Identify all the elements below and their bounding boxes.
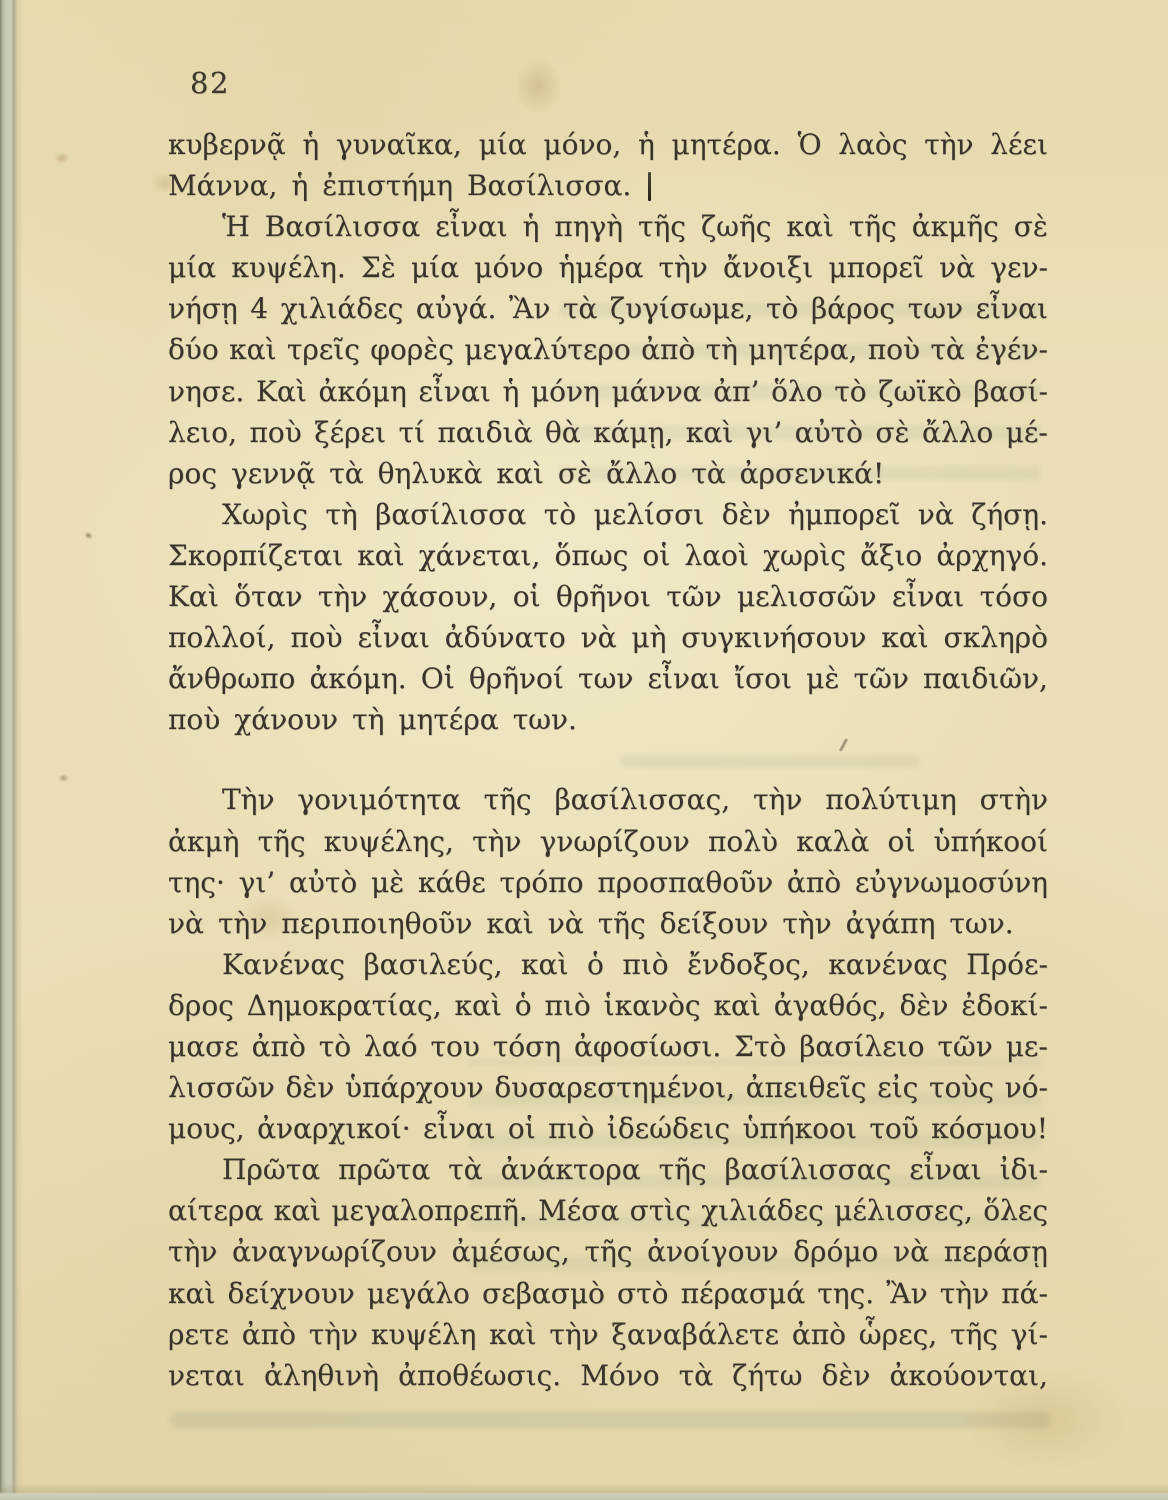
word: ζυγίσωμε, <box>610 288 753 329</box>
word: μὲ <box>806 658 839 699</box>
paragraph: Πρῶταπρῶτατὰἀνάκτορατῆςβασίλισσαςεἶναιἰδ… <box>168 1149 1048 1396</box>
text-block: κυβερνᾷἡγυναῖκα,μίαμόνο,ἡμητέρα.Ὁλαὸςτὴν… <box>168 124 1048 1396</box>
word: ἀδύνατο <box>445 617 566 658</box>
word: τὴν <box>753 779 802 820</box>
word: γνωρίζουν <box>540 821 690 862</box>
word: εἶναι <box>892 576 964 617</box>
text-line: λισσῶνδὲνὑπάρχουνδυσαρεστημένοι,ἀπειθεῖς… <box>168 1067 1048 1108</box>
word: τρόπο <box>499 862 583 903</box>
word: τῶν <box>666 576 721 617</box>
word: βασίλειο <box>799 1026 924 1067</box>
word: στὶς <box>630 1190 691 1231</box>
word: τῆς <box>584 1231 632 1272</box>
word: των. <box>949 903 1013 944</box>
text-line: μίακυψέλη.Σὲμίαμόνοἡμέρατὴνἄνοιξιμπορεῖν… <box>168 247 1048 288</box>
word: τῆς <box>258 821 306 862</box>
word: ἡ <box>502 371 519 412</box>
word: Σκορπίζεται <box>168 535 343 576</box>
word: ἀκόμη <box>318 371 406 412</box>
word: ζωῆς <box>701 206 771 247</box>
word: καλὰ <box>796 821 869 862</box>
word: μόνο, <box>543 124 621 165</box>
word: ποὺ <box>249 412 301 453</box>
word: μόνη <box>531 371 600 412</box>
word: τῆς <box>638 206 686 247</box>
text-line: της·γι’αὐτὸμὲκάθετρόποπροσπαθοῦνἀπὸεὐγνω… <box>168 862 1048 903</box>
word: χάνουν <box>234 699 338 740</box>
word: τὴ <box>325 494 357 535</box>
word: γι’ <box>239 862 276 903</box>
word: εἶναι <box>423 1108 495 1149</box>
word: κάθε <box>418 862 486 903</box>
word: καὶ <box>881 617 928 658</box>
text-line: Πρῶταπρῶτατὰἀνάκτορατῆςβασίλισσαςεἶναιἰδ… <box>168 1149 1048 1190</box>
word: τὰ <box>679 1355 713 1396</box>
word: βάρος <box>811 288 895 329</box>
paragraph: Τὴνγονιμότητατῆςβασίλισσας,τὴνπολύτιμηστ… <box>168 779 1048 943</box>
text-line: Καὶὅταντὴνχάσουν,οἱθρῆνοιτῶνμελισσῶνεἶνα… <box>168 576 1048 617</box>
word: Χωρὶς <box>222 494 308 535</box>
word: ρος <box>168 453 217 494</box>
word: κόσμου! <box>931 1108 1048 1149</box>
word: παιδιῶν, <box>923 658 1048 699</box>
word: ζήσῃ. <box>971 494 1048 535</box>
word: ἀπειθεῖς <box>746 1067 867 1108</box>
word: πιὸ <box>622 944 668 985</box>
word: ἴσοι <box>734 658 792 699</box>
word: πολύτιμη <box>825 779 956 820</box>
word: νὰ <box>548 903 584 944</box>
word: καὶ <box>229 329 276 370</box>
word: τὰ <box>563 288 597 329</box>
word: δὲν <box>899 985 948 1026</box>
word: εἶναι <box>909 1149 981 1190</box>
word: αὐτὸ <box>289 862 357 903</box>
word: θὰ <box>545 412 581 453</box>
text-line: Κανέναςβασιλεύς,καὶὁπιὸἔνδοξος,κανέναςΠρ… <box>168 944 1048 985</box>
word: τῆς <box>598 903 646 944</box>
word: μία <box>411 247 459 288</box>
word: οἱ <box>513 576 541 617</box>
word: μητέρα. <box>672 124 781 165</box>
word: χιλιάδες <box>701 1190 824 1231</box>
word: πά- <box>1001 1273 1048 1314</box>
word: νὰ <box>918 494 954 535</box>
word: κυβερνᾷ <box>168 124 286 165</box>
word: σκληρὸ <box>944 617 1048 658</box>
word: μία <box>168 247 216 288</box>
word: καὶ <box>168 1273 215 1314</box>
word: στὴν <box>980 779 1048 820</box>
word: περάσῃ <box>944 1231 1048 1272</box>
word: Σὲ <box>361 247 396 288</box>
word: δρόμο <box>793 1231 878 1272</box>
paper-stain <box>54 152 70 164</box>
word: λισσῶν <box>168 1067 275 1108</box>
word: ἡ <box>291 165 308 206</box>
word: δὲν <box>285 1067 334 1108</box>
word: δείχνουν <box>228 1273 355 1314</box>
word: τὴν <box>924 124 973 165</box>
word: τὸ <box>319 1026 351 1067</box>
word: καὶ <box>521 944 568 985</box>
word: καὶ <box>274 1190 321 1231</box>
text-line: ἩΒασίλισσαεἶναιἡπηγὴτῆςζωῆςκαὶτῆςἀκμῆςσὲ <box>168 206 1048 247</box>
word: θρῆνοί <box>469 658 564 699</box>
word: ἄνθρωπο <box>168 658 295 699</box>
page-left-edge <box>0 0 22 1500</box>
word: μεγάλο <box>367 1273 470 1314</box>
word: μέ- <box>1006 412 1048 453</box>
word: ἰδεώδεις <box>607 1108 730 1149</box>
word: πολλοί, <box>168 617 276 658</box>
word: ξέρει <box>314 412 386 453</box>
word: τοῦ <box>869 1108 918 1149</box>
word: μόνο <box>474 247 543 288</box>
word: τοὺς <box>929 1067 994 1108</box>
word: βασίλισσας <box>725 1149 892 1190</box>
word: βασιλεύς, <box>363 944 502 985</box>
word: του <box>430 1026 479 1067</box>
word: καὶ <box>786 206 833 247</box>
word: καὶ <box>489 1314 536 1355</box>
word: Ἂν <box>509 288 550 329</box>
word: πέρασμά <box>681 1273 806 1314</box>
word: μητέρα <box>398 699 498 740</box>
word: βασίλισσας, <box>554 779 730 820</box>
text-line: νὰτὴνπεριποιηθοῦνκαὶνὰτῆςδείξουντὴνἀγάπη… <box>168 903 1048 944</box>
word: συγκινήσουν <box>681 617 866 658</box>
word: ἀπ’ <box>713 371 759 412</box>
word: γι’ <box>746 412 783 453</box>
word: ποὺ <box>868 329 920 370</box>
word: αίτερα <box>168 1190 263 1231</box>
word: σὲ <box>558 453 592 494</box>
word: ἀνοίγουν <box>647 1231 778 1272</box>
word: δείξουν <box>660 903 769 944</box>
text-line: νεταιἀληθινὴἀποθέωσις.Μόνοτὰζήτωδὲνἀκούο… <box>168 1355 1048 1396</box>
word: σὲ <box>875 412 909 453</box>
word: Δημοκρατίας, <box>247 985 442 1026</box>
word: τῆς <box>484 779 532 820</box>
word: ἀκμῆς <box>912 206 999 247</box>
word: τὴν <box>659 247 708 288</box>
word: ὅταν <box>234 576 302 617</box>
word: ἀπὸ <box>242 1314 296 1355</box>
word: λαὸς <box>838 124 907 165</box>
word: εἶναι <box>648 658 720 699</box>
word: Ὁ <box>797 124 821 165</box>
word: μους, <box>168 1108 245 1149</box>
text-line: ροςγεννᾷτὰθηλυκὰκαὶσὲἄλλοτὰἀρσενικά! <box>168 453 1048 494</box>
word: γυναῖκα, <box>336 124 462 165</box>
word: ἡμέρα <box>558 247 643 288</box>
word: τὴν <box>782 903 831 944</box>
word: κυψέλη. <box>231 247 345 288</box>
word: ἡ <box>302 124 319 165</box>
word: λαοὶ <box>684 535 749 576</box>
word: των. <box>513 699 577 740</box>
word: εἶναι <box>976 288 1048 329</box>
word: Μέσα <box>538 1190 619 1231</box>
text-line: νησε.Καὶἀκόμηεἶναιἡμόνημάνναἀπ’ὅλοτὸζωϊκ… <box>168 371 1048 412</box>
word: τὴν <box>318 576 367 617</box>
word: ἀγαθός, <box>774 985 887 1026</box>
word: λέει <box>990 124 1048 165</box>
text-line: καὶδείχνουνμεγάλοσεβασμὸστὸπέρασμάτης.Ἂν… <box>168 1273 1048 1314</box>
word: ἄλλο <box>922 412 993 453</box>
word: δὲν <box>722 494 771 535</box>
text-line: δύοκαὶτρεῖςφορὲςμεγαλύτεροἀπὸτὴμητέρα,πο… <box>168 329 1048 370</box>
word: εἰς <box>877 1067 918 1108</box>
word: ἀφοσίωσι. <box>574 1026 721 1067</box>
text-line: λειο,ποὺξέρειτίπαιδιὰθὰκάμῃ,καὶγι’αὐτὸσὲ… <box>168 412 1048 453</box>
word: νὰ <box>581 617 617 658</box>
paper-stain <box>515 58 561 114</box>
word: δυσαρεστημένοι, <box>494 1067 735 1108</box>
paragraph: Χωρὶςτὴβασίλισσατὸμελίσσιδὲνἠμπορεῖνὰζήσ… <box>168 494 1048 741</box>
word: περιποιηθοῦν <box>281 903 472 944</box>
word: μὲ <box>371 862 404 903</box>
word: ξαναβάλετε <box>611 1314 779 1355</box>
word: ἡ <box>638 124 655 165</box>
word: ποὺ <box>168 699 220 740</box>
word: ἀναρχικοί· <box>257 1108 410 1149</box>
text-line: ἀκμὴτῆςκυψέλης,τὴνγνωρίζουνπολὺκαλὰοἱὑπή… <box>168 821 1048 862</box>
word: ἐδοκί- <box>961 985 1048 1026</box>
pen-mark <box>648 172 651 201</box>
word: πηγὴ <box>554 206 623 247</box>
word: τόση <box>493 1026 561 1067</box>
text-line: πολλοί,ποὺεἶναιἀδύνατονὰμὴσυγκινήσουνκαὶ… <box>168 617 1048 658</box>
word: ὑπήκοοι <box>742 1108 856 1149</box>
word: βασίλισσα <box>375 494 526 535</box>
word: οἱ <box>508 1108 536 1149</box>
text-line: ἄνθρωποἀκόμη.Οἱθρῆνοίτωνεἶναιἴσοιμὲτῶνπα… <box>168 658 1048 699</box>
word: τὰ <box>329 453 363 494</box>
text-line: αίτερακαὶμεγαλοπρεπῆ.Μέσαστὶςχιλιάδεςμέλ… <box>168 1190 1048 1231</box>
word: χάσουν, <box>383 576 498 617</box>
word: κανένας <box>828 944 948 985</box>
word: Βασίλισσα. <box>467 165 631 206</box>
word: ἐγέν- <box>975 329 1048 370</box>
word: μελισσῶν <box>737 576 877 617</box>
word: καὶ <box>486 903 533 944</box>
word: εὐγνωμοσύνη <box>855 862 1048 903</box>
word: ὁ <box>587 944 604 985</box>
text-line: ποὺχάνουντὴμητέρατων. <box>168 699 1048 740</box>
word: νησε. <box>168 371 244 412</box>
word: νό- <box>1005 1067 1048 1108</box>
text-line: μους,ἀναρχικοί·εἶναιοἱπιὸἰδεώδειςὑπήκοοι… <box>168 1108 1048 1149</box>
page-bottom-edge <box>0 1483 1168 1500</box>
word: βασί- <box>973 371 1048 412</box>
word: καὶ <box>496 453 543 494</box>
word: μασε <box>168 1026 239 1067</box>
text-line: δροςΔημοκρατίας,καὶὁπιὸἱκανὸςκαὶἀγαθός,δ… <box>168 985 1048 1026</box>
word: των <box>578 658 633 699</box>
word: καὶ <box>357 535 404 576</box>
word: εἶναι <box>357 617 429 658</box>
word: Κανένας <box>222 944 345 985</box>
paragraph: κυβερνᾷἡγυναῖκα,μίαμόνο,ἡμητέρα.Ὁλαὸςτὴν… <box>168 124 1048 206</box>
word: ἰδι- <box>1000 1149 1048 1190</box>
word: αὐτὸ <box>795 412 863 453</box>
text-line: Χωρὶςτὴβασίλισσατὸμελίσσιδὲνἠμπορεῖνὰζήσ… <box>168 494 1048 535</box>
word: γί- <box>1011 1314 1048 1355</box>
word: ἀγάπη <box>846 903 936 944</box>
word: τῆς <box>950 1314 998 1355</box>
word: ἱκανὸς <box>604 985 701 1026</box>
word: τῶν <box>854 658 909 699</box>
word: στὸ <box>617 1273 668 1314</box>
word: Οἱ <box>421 658 455 699</box>
word: ἀπὸ <box>792 1314 846 1355</box>
word: ἀληθινὴ <box>264 1355 379 1396</box>
word: ὁ <box>515 985 532 1026</box>
word: 4 <box>250 288 268 329</box>
word: ἀκόμη. <box>310 658 407 699</box>
word: Καὶ <box>168 576 219 617</box>
word: τὴν <box>940 1273 989 1314</box>
word: της· <box>168 862 225 903</box>
word: σὲ <box>1014 206 1048 247</box>
word: ἀκμὴ <box>168 821 239 862</box>
word: τὴν <box>549 1314 598 1355</box>
word: μέλισσες, <box>834 1190 973 1231</box>
word: κυψέλη <box>371 1314 477 1355</box>
word: ἔνδοξος, <box>687 944 810 985</box>
word: ἀρχηγό. <box>936 535 1048 576</box>
word: ἀκούονται, <box>889 1355 1047 1396</box>
word: Βασίλισσα <box>265 206 420 247</box>
word: ἀμέσως, <box>452 1231 570 1272</box>
word: τῶν <box>937 1026 992 1067</box>
word: ὅπως <box>555 535 629 576</box>
word: εἶναι <box>435 206 507 247</box>
word: μάννα <box>611 371 701 412</box>
word: καὶ <box>686 412 733 453</box>
word: χωρὶς <box>763 535 846 576</box>
word: ζωϊκὸ <box>878 371 961 412</box>
word: τόσο <box>980 576 1048 617</box>
word: τῆς <box>659 1149 707 1190</box>
word: Πρῶτα <box>222 1149 320 1190</box>
word: τὴ <box>706 329 738 370</box>
word: μία <box>479 124 527 165</box>
word: γονιμότητα <box>297 779 460 820</box>
word: ἡ <box>523 206 540 247</box>
word: τὴν <box>309 1314 358 1355</box>
ink-showthrough <box>170 1412 1050 1428</box>
word: ἠμπορεῖ <box>788 494 900 535</box>
word: ὑπάρχουν <box>345 1067 484 1108</box>
word: γεννᾷ <box>231 453 315 494</box>
paper-stain <box>58 774 69 782</box>
word: κυψέλης, <box>324 821 454 862</box>
word: μπορεῖ <box>828 247 923 288</box>
word: τὴν <box>472 821 521 862</box>
word: των <box>908 288 963 329</box>
word: φορὲς <box>370 329 454 370</box>
word: τὴν <box>168 1231 217 1272</box>
word: σεβασμὸ <box>482 1273 605 1314</box>
word: ἐπιστήμη <box>322 165 453 206</box>
paper-stain <box>83 530 94 541</box>
word: τὰ <box>930 329 964 370</box>
word: ἀποθέωσις. <box>398 1355 561 1396</box>
word: ρετε <box>168 1314 229 1355</box>
word: λειο, <box>168 412 237 453</box>
word: ὅλες <box>983 1190 1048 1231</box>
word: μελίσσι <box>594 494 705 535</box>
word: καὶ <box>455 985 502 1026</box>
word: ἀπὸ <box>641 329 695 370</box>
word: τὰ <box>448 1149 482 1190</box>
word: πρῶτα <box>338 1149 430 1190</box>
word: οἱ <box>642 535 670 576</box>
word: τὸ <box>834 371 866 412</box>
word: τί <box>398 412 424 453</box>
word: μητέρα, <box>748 329 857 370</box>
word: προσπαθοῦν <box>597 862 773 903</box>
word: Τὴν <box>222 779 274 820</box>
text-line: κυβερνᾷἡγυναῖκα,μίαμόνο,ἡμητέρα.Ὁλαὸςτὴν… <box>168 124 1048 165</box>
word: εἶναι <box>418 371 490 412</box>
word: μὴ <box>631 617 666 658</box>
word: τὴν <box>218 903 267 944</box>
word: τῆς <box>849 206 897 247</box>
word: τὴ <box>352 699 384 740</box>
word: ὅλο <box>771 371 822 412</box>
word: Ἡ <box>222 206 250 247</box>
text-line: μασεἀπὸτὸλαότουτόσηἀφοσίωσι.Στὸβασίλειοτ… <box>168 1026 1048 1067</box>
word: τρεῖς <box>287 329 360 370</box>
word: γεν- <box>990 247 1048 288</box>
word: ἀναγνωρίζουν <box>232 1231 437 1272</box>
paragraph: ἩΒασίλισσαεἶναιἡπηγὴτῆςζωῆςκαὶτῆςἀκμῆςσὲ… <box>168 206 1048 494</box>
word: καὶ <box>713 985 760 1026</box>
word: Καὶ <box>256 371 307 412</box>
word: ὑπήκοοί <box>934 821 1048 862</box>
word: ἄλλο <box>606 453 677 494</box>
word: τὸ <box>544 494 576 535</box>
word: ὧρες, <box>859 1314 937 1355</box>
word: χάνεται, <box>419 535 541 576</box>
word: δύο <box>168 329 219 370</box>
word: λαό <box>364 1026 418 1067</box>
text-line: Σκορπίζεταικαὶχάνεται,ὅπωςοἱλαοὶχωρὶςἄξι… <box>168 535 1048 576</box>
word: Πρόε- <box>966 944 1048 985</box>
word: πιὸ <box>545 985 591 1026</box>
word: δὲν <box>821 1355 870 1396</box>
word: ἀπὸ <box>787 862 841 903</box>
word: οἱ <box>887 821 915 862</box>
scanned-book-page: 82 κυβερνᾷἡγυναῖκα,μίαμόνο,ἡμητέρα.Ὁλαὸς… <box>0 0 1168 1500</box>
word: της. <box>817 1273 874 1314</box>
word: πιὸ <box>548 1108 594 1149</box>
word: ἀνάκτορα <box>501 1149 641 1190</box>
word: θρῆνοι <box>556 576 651 617</box>
word: θηλυκὰ <box>378 453 483 494</box>
word: μεγαλοπρεπῆ. <box>331 1190 527 1231</box>
word: νὰ <box>168 903 204 944</box>
text-line: τὴνἀναγνωρίζουνἀμέσως,τῆςἀνοίγουνδρόμονὰ… <box>168 1231 1048 1272</box>
text-line: ρετεἀπὸτὴνκυψέληκαὶτὴνξαναβάλετεἀπὸὧρες,… <box>168 1314 1048 1355</box>
word: με- <box>1006 1026 1048 1067</box>
word: δρος <box>168 985 234 1026</box>
word: αὐγά. <box>416 288 496 329</box>
